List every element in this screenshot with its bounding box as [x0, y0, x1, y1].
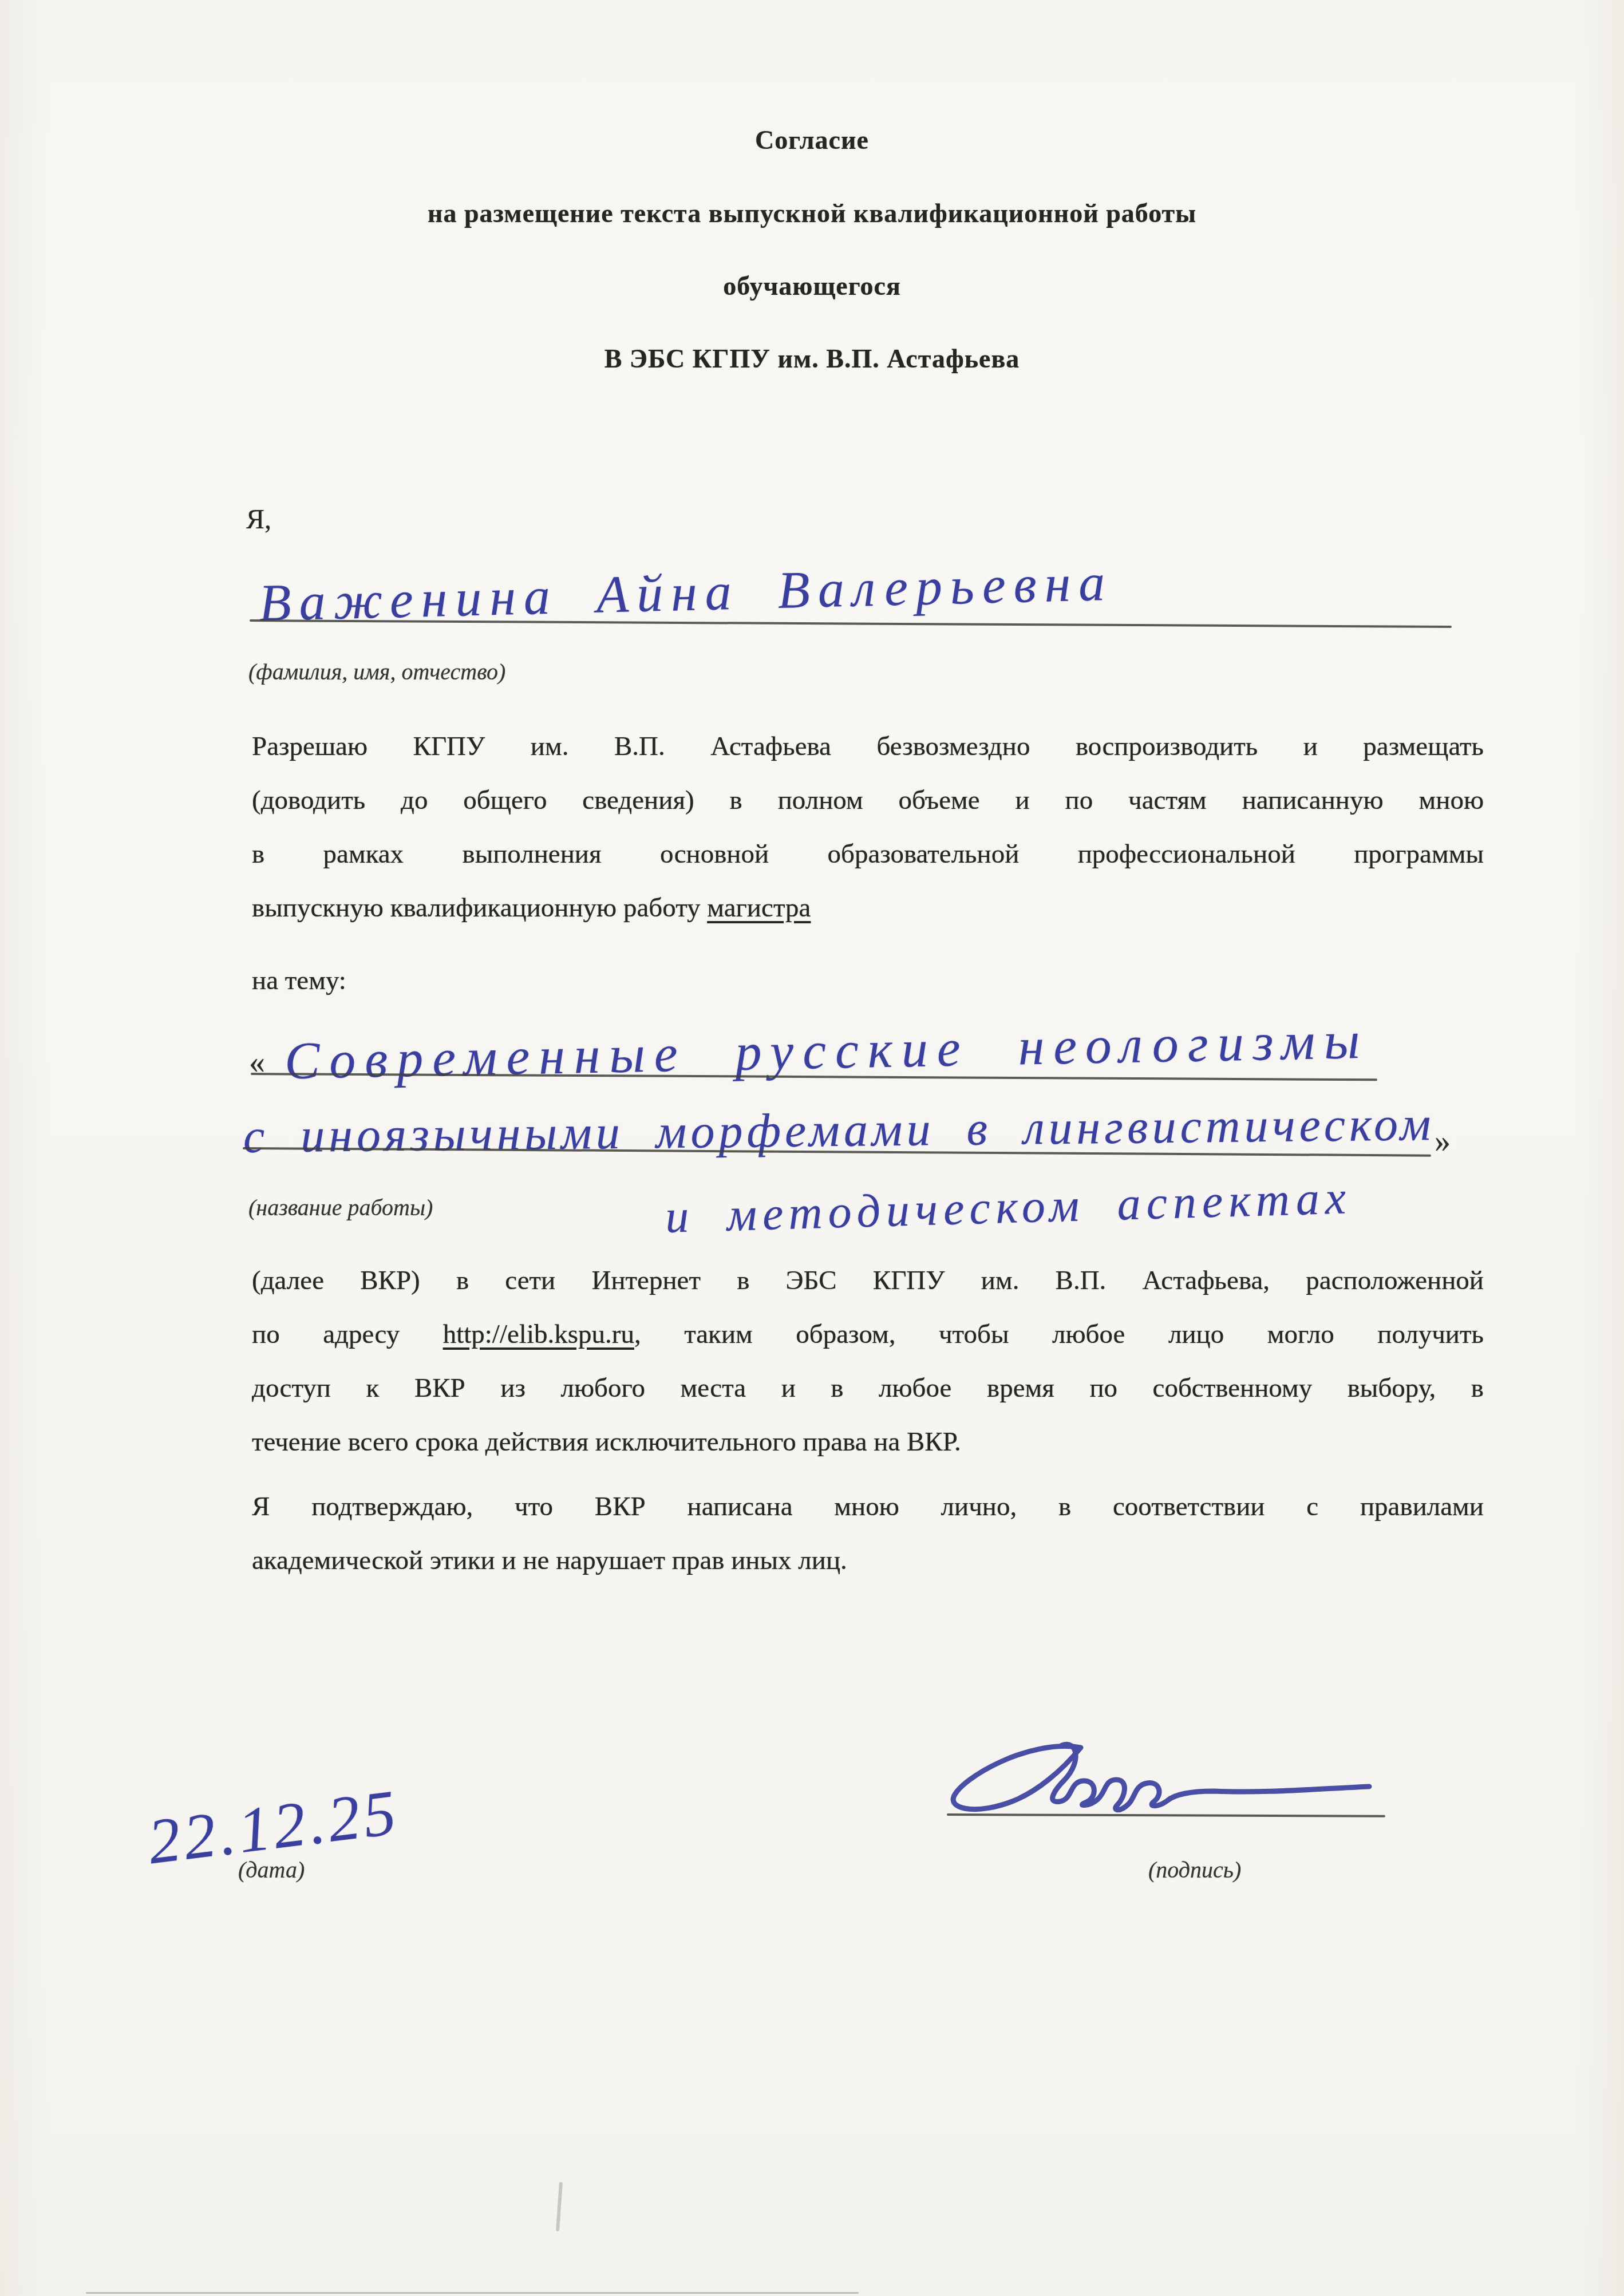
permission-paragraph: Разрешаю КГПУ им. В.П. Астафьева безвозм… [252, 720, 1484, 935]
access-paragraph: (далее ВКР) в сети Интернет в ЭБС КГПУ и… [252, 1254, 1484, 1469]
closing-guillemet: » [1435, 1123, 1451, 1160]
document-subtitle-line2: обучающегося [0, 271, 1624, 301]
opening-guillemet: « [249, 1044, 265, 1081]
scanner-edge-line [86, 2292, 859, 2294]
degree-underlined: магистра [707, 893, 811, 923]
document-sheet: Согласие на размещение текста выпускной … [0, 0, 1624, 2296]
paragraph-line: Я подтверждаю, что ВКР написана мною лич… [252, 1480, 1484, 1534]
elib-url: http://elib.kspu.ru [443, 1319, 634, 1349]
paragraph-line: в рамках выполнения основной образовател… [252, 827, 1484, 881]
date-caption: (дата) [238, 1856, 305, 1883]
signature-caption: (подпись) [1148, 1856, 1241, 1883]
paragraph-line: академической этики и не нарушает прав и… [252, 1534, 1484, 1587]
scan-smudge [556, 2182, 563, 2231]
paragraph-line: выпускную квалификационную работу магист… [252, 881, 1484, 935]
signature-stroke [945, 1737, 1391, 1820]
topic-label: на тему: [252, 965, 346, 996]
paragraph-line: по адресу http://elib.kspu.ru, таким обр… [252, 1307, 1484, 1361]
name-caption: (фамилия, имя, отчество) [248, 658, 505, 685]
url-suffix: , таким образом, чтобы любое лицо могло … [634, 1319, 1484, 1349]
degree-prefix: выпускную квалификационную работу [252, 893, 707, 923]
topic-caption: (название работы) [248, 1194, 433, 1221]
pronoun-label: Я, [246, 504, 271, 535]
document-subtitle-line1: на размещение текста выпускной квалифика… [0, 198, 1624, 228]
url-prefix: по адресу [252, 1319, 443, 1349]
handwritten-topic-line3: и методическом аспектах [665, 1171, 1352, 1243]
confirmation-paragraph: Я подтверждаю, что ВКР написана мною лич… [252, 1480, 1484, 1587]
paragraph-line: доступ к ВКР из любого места и в любое в… [252, 1361, 1484, 1415]
paragraph-line: течение всего срока действия исключитель… [252, 1415, 1484, 1469]
paragraph-line: (доводить до общего сведения) в полном о… [252, 773, 1484, 827]
document-title: Согласие [0, 125, 1624, 155]
paragraph-line: (далее ВКР) в сети Интернет в ЭБС КГПУ и… [252, 1254, 1484, 1307]
paragraph-line: Разрешаю КГПУ им. В.П. Астафьева безвозм… [252, 720, 1484, 773]
document-subtitle-line3: В ЭБС КГПУ им. В.П. Астафьева [0, 343, 1624, 374]
